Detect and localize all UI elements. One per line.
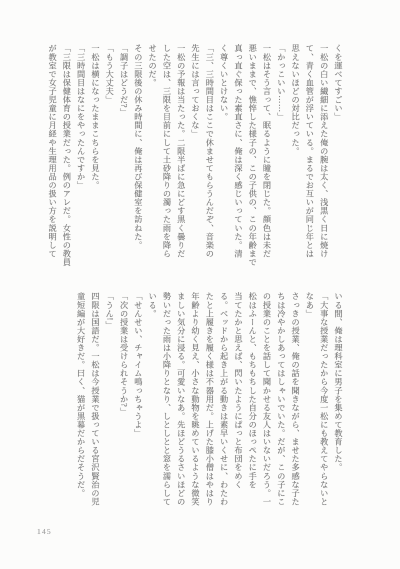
text-column: せたのだ。 — [145, 44, 159, 277]
text-column: 「せんせい、チャイム鳴っちゃうよ」 — [131, 292, 145, 520]
upper-text-band: くを運べてすごい」一松の白い繊細に添えた俺の腕は太く、浅黒く日に焼けて、青く血管… — [45, 44, 345, 277]
text-column: 悪いままで、憔悴した様子の、この子供の、この年齢まで — [245, 44, 259, 277]
text-column: 当てたかと思えば、閃いたようにぱっと布団をめく — [231, 292, 245, 520]
text-column: たと上履きを履く様は不器用だ。上げた膝小僧はやはり — [202, 292, 216, 520]
text-column: 一松はそう言って、眠るように瞳を閉じた。顔色は未だ — [259, 44, 273, 277]
text-column: 「うん!」 — [102, 292, 116, 520]
text-column: る。ベッドから起き上がる動きは素早いくせに、わたわ — [216, 292, 230, 520]
text-column: く尊くいとけない。 — [216, 44, 230, 277]
text-column: 「三、三時間目はここで休ませてもらうんだぞ、音楽の — [202, 44, 216, 277]
text-column: 「次の授業は受けられそうか?」 — [116, 292, 130, 520]
text-column: 一松は横になったままこちらを見た。 — [88, 44, 102, 277]
text-column: 一松の白い繊細に添えた俺の腕は太く、浅黒く日に焼け — [316, 44, 330, 277]
text-column: 勢いだった雨は小降りとなり、しとしとと窓を濡らして — [159, 292, 173, 520]
text-column: 真っ直ぐ保った素直さに、俺は深く感じいっていた。清 — [231, 44, 245, 277]
text-column: 「三限は保健体育の授業だった。例のアレだ。女性の教員 — [59, 44, 73, 277]
text-column: 「かっこいい……」 — [274, 44, 288, 277]
text-column: 「調子はどうだ?」 — [116, 44, 130, 277]
lower-text-band: いる間、俺は理科室に男子を集めて教育した。「大事な授業だったから今度一松にも教え… — [73, 292, 345, 520]
text-column: の授業のことを話して聞かせる友人はいないだろう。一 — [259, 292, 273, 520]
text-column: なあ」 — [302, 292, 316, 520]
text-column: ましい気分に浸る。可愛いなあ。先ほどうるさいほどの — [173, 292, 187, 520]
text-column: 思えないほどの対比だった。 — [288, 44, 302, 277]
text-column: 童短編が大好きだ。曰く、猫が黒幕だからだそうだ。 — [73, 292, 87, 520]
text-column: ちは冷やかしあってはしゃいでいた。だが、この子にこ — [274, 292, 288, 520]
text-column: 松はふーんと、もちもちした自分のほっぺたに手を — [245, 292, 259, 520]
text-column: 「三時間目はなにをやったんですか」 — [73, 44, 87, 277]
page-number: 145 — [37, 527, 52, 536]
text-column: 四限は国語だ。一松は今授業で扱っている宮沢賢治の児 — [88, 292, 102, 520]
text-column: が教室で女子児童に月経や生理用品の扱い方を説明して — [45, 44, 59, 277]
text-column: した空は、三限を目前にして土砂降りの濁った雨を降ら — [159, 44, 173, 277]
text-column: いる。 — [145, 292, 159, 520]
text-column: 「大事な授業だったから今度一松にも教えてやらないと — [316, 292, 330, 520]
text-column: 年齢より幼く見え、小さな動物を眺めているような微笑 — [188, 292, 202, 520]
text-column: 先生には言っておくな」 — [188, 44, 202, 277]
text-column: 一松の予報は当たった。二限半ばに急にどす黒く曇りだ — [173, 44, 187, 277]
text-column: 「もう大丈夫」 — [102, 44, 116, 277]
text-column: いる間、俺は理科室に男子を集めて教育した。 — [331, 292, 345, 520]
text-column: さっきの授業、俺の話を聞きながら、ませた多感な子た — [288, 292, 302, 520]
text-column: て、青く血管が浮いている。まるでお互いが同じ年とは — [302, 44, 316, 277]
text-column: その三限後の休み時間に、俺は再び保健室を訪ねた。 — [131, 44, 145, 277]
text-column: くを運べてすごい」 — [331, 44, 345, 277]
book-page: くを運べてすごい」一松の白い繊細に添えた俺の腕は太く、浅黒く日に焼けて、青く血管… — [0, 0, 400, 569]
